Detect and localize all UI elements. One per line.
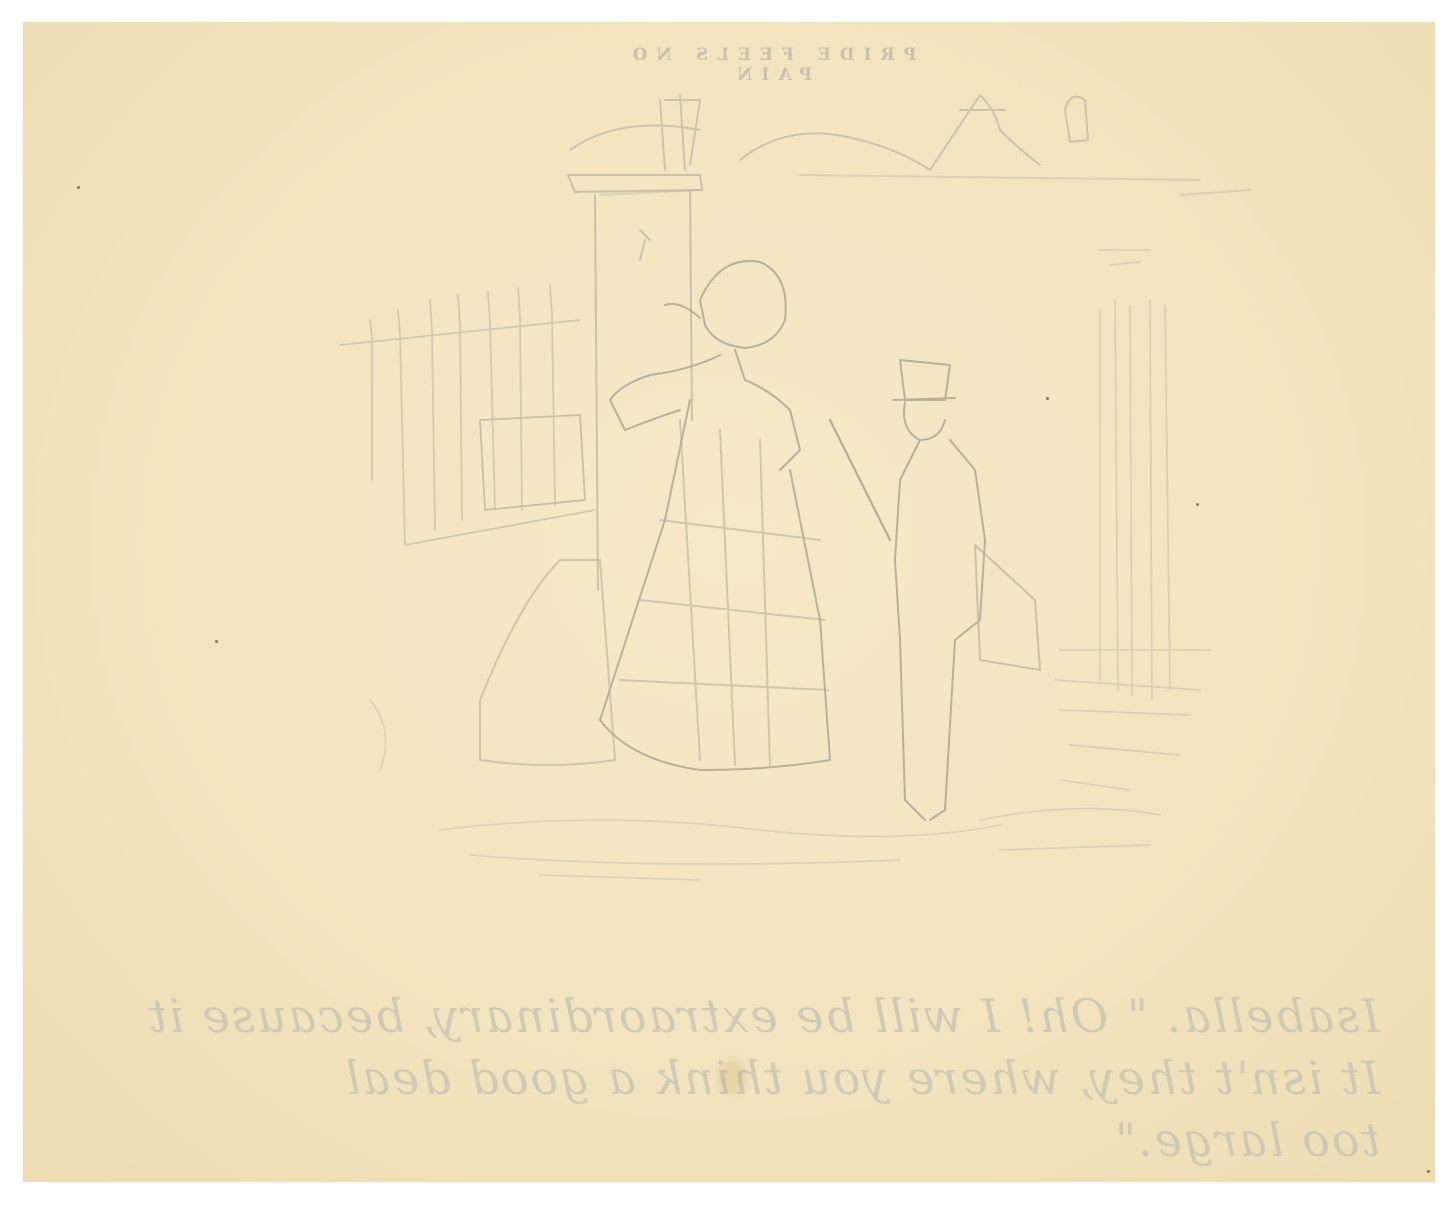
right-column [1055,250,1210,755]
caption-line: It isn't they, where you think a good de… [180,1047,1380,1109]
paper-speck [1046,397,1049,400]
paper-stain [718,1060,746,1094]
gate-pillar [568,175,702,590]
paper-speck [1196,503,1199,506]
ground [370,700,1160,880]
rooftops [570,95,1250,195]
paper-speck [77,186,80,189]
paper-speck [215,640,218,643]
caption-line: too large." [180,1109,1380,1171]
man-figure [830,360,1040,820]
handwritten-caption: Isabella. " Oh! I will be extraordinary,… [180,985,1380,1171]
paper-speck [1427,1170,1430,1173]
iron-railing [340,285,595,545]
woman-figure [480,261,830,770]
caption-line: Isabella. " Oh! I will be extraordinary,… [180,985,1380,1047]
